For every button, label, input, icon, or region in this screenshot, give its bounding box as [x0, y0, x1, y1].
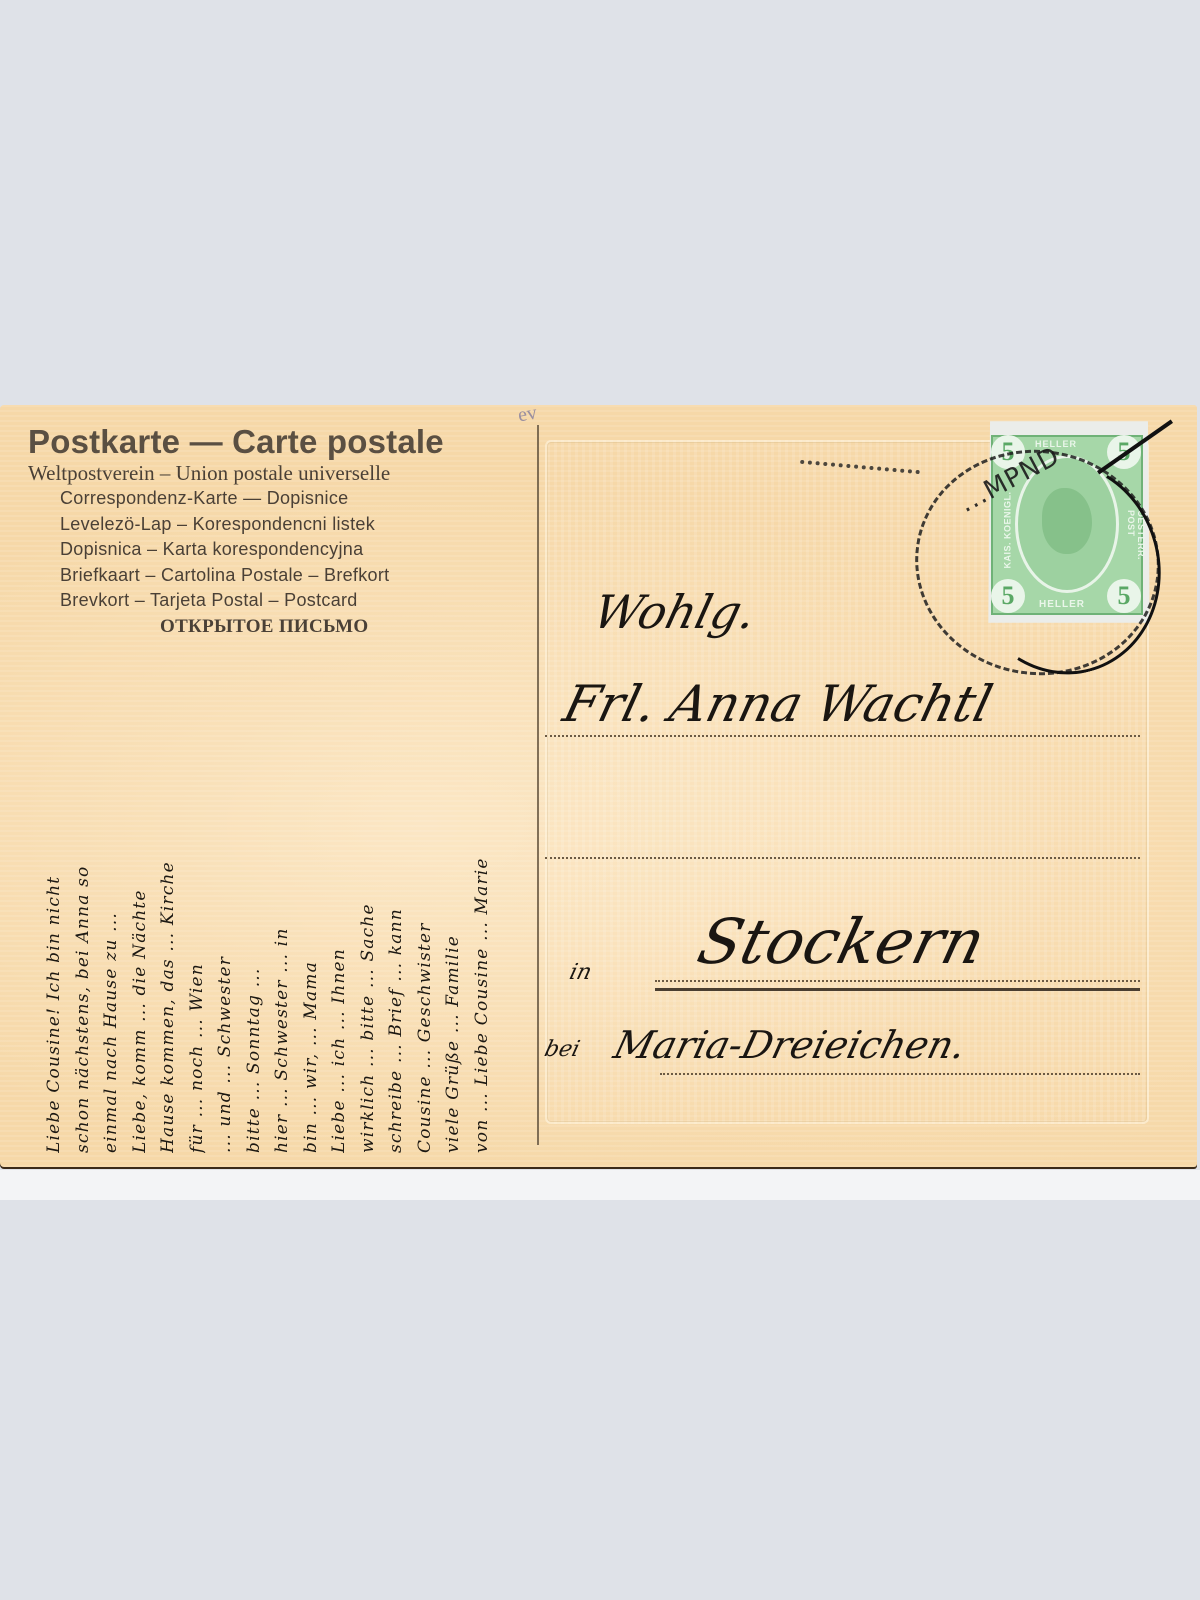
- scan-margin: [0, 1170, 1200, 1200]
- letter-line: hier ... Schwester ... in: [268, 623, 297, 1153]
- letter-line: einmal nach Hause zu ...: [97, 623, 126, 1153]
- printed-header: Postkarte — Carte postale Weltpostverein…: [28, 423, 528, 638]
- address-line: [655, 980, 1140, 982]
- language-line: Correspondenz-Karte — Dopisnice: [60, 486, 528, 512]
- letter-line: Cousine ... Geschwister: [411, 623, 440, 1153]
- language-line: Brevkort – Tarjeta Postal – Postcard: [60, 588, 528, 614]
- header-subtitle: Weltpostverein – Union postale universel…: [28, 461, 528, 486]
- address-line: [660, 1073, 1140, 1075]
- address-region: Maria-Dreieichen.: [610, 1023, 971, 1067]
- letter-line: Hause kommen, das ... Kirche: [154, 623, 183, 1153]
- letter-line: von ... Liebe Cousine ... Marie: [468, 623, 497, 1153]
- language-line: Briefkaart – Cartolina Postale – Brefkor…: [60, 563, 528, 589]
- letter-line: viele Grüße ... Familie: [439, 623, 468, 1153]
- language-line: Dopisnica – Karta korespondencyjna: [60, 537, 528, 563]
- address-name: Frl. Anna Wachtl: [558, 675, 998, 733]
- address-line: [545, 857, 1140, 859]
- postcard: Postkarte — Carte postale Weltpostverein…: [0, 405, 1197, 1167]
- letter-line: ... und ... Schwester: [211, 623, 240, 1153]
- letter-line: Liebe Cousine! Ich bin nicht: [40, 623, 69, 1153]
- header-title: Postkarte — Carte postale: [28, 423, 528, 461]
- address-place: Stockern: [691, 905, 992, 978]
- pencil-mark: ev: [516, 405, 539, 427]
- letter-line: bin ... wir, ... Mama: [297, 623, 326, 1153]
- handwritten-message: Liebe Cousine! Ich bin nichtschon nächst…: [40, 623, 520, 1153]
- center-divider: [537, 425, 539, 1145]
- address-region-prefix: bei: [542, 1037, 582, 1062]
- letter-line: bitte ... Sonntag ...: [240, 623, 269, 1153]
- letter-line: Liebe ... ich ... Ihnen: [325, 623, 354, 1153]
- letter-line: wirklich ... bitte ... Sache: [354, 623, 383, 1153]
- language-line: Levelezö-Lap – Korespondencni listek: [60, 512, 528, 538]
- address-line: [545, 735, 1140, 737]
- letter-line: schreibe ... Brief ... kann: [382, 623, 411, 1153]
- letter-line: schon nächstens, bei Anna so: [69, 623, 98, 1153]
- letter-line: für ... noch ... Wien: [183, 623, 212, 1153]
- address-underline: [655, 988, 1140, 991]
- address-salutation: Wohlg.: [588, 585, 762, 639]
- letter-line: Liebe, komm ... die Nächte: [126, 623, 155, 1153]
